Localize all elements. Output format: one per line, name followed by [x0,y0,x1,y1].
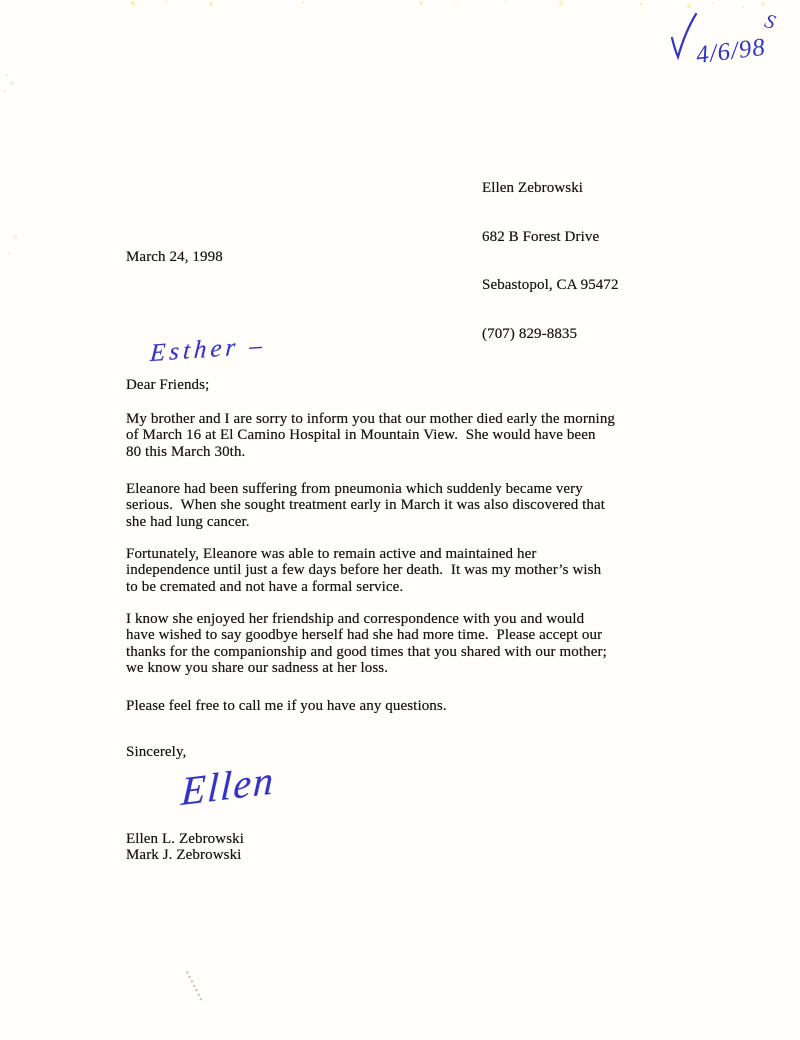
signatory-name-1: Ellen L. Zebrowski [126,831,244,847]
handwritten-checkmark-icon [672,14,696,57]
sender-phone: (707) 829-8835 [482,327,619,343]
handwritten-received-initial: S [762,10,778,34]
scan-noise-left-edge [0,0,2,2]
paragraph-4: I know she enjoyed her friendship and co… [126,611,716,677]
sender-address-line1: 682 B Forest Drive [482,230,619,246]
handwritten-signature: Ellen [180,756,276,815]
handwritten-greeting-name: Esther – [149,332,267,368]
paragraph-5: Please feel free to call me if you have … [126,698,716,714]
sender-name: Ellen Zebrowski [482,181,619,197]
letter-date: March 24, 1998 [126,249,223,265]
salutation: Dear Friends; [126,377,209,393]
paragraph-1: My brother and I are sorry to inform you… [126,411,716,460]
closing-line: Sincerely, [126,744,186,760]
paragraph-2: Eleanore had been suffering from pneumon… [126,481,716,530]
paragraph-3: Fortunately, Eleanore was able to remain… [126,546,716,595]
scanned-letter-page: 4/6/98 S Ellen Zebrowski 682 B Forest Dr… [0,0,800,1040]
handwritten-received-date: 4/6/98 [695,34,768,69]
handwritten-check-date-annotation: 4/6/98 S [652,4,792,76]
sender-address-line2: Sebastopol, CA 95472 [482,278,619,294]
scan-scratch-mark [186,971,203,1001]
signatory-name-2: Mark J. Zebrowski [126,847,241,863]
sender-address-block: Ellen Zebrowski 682 B Forest Drive Sebas… [482,148,619,376]
